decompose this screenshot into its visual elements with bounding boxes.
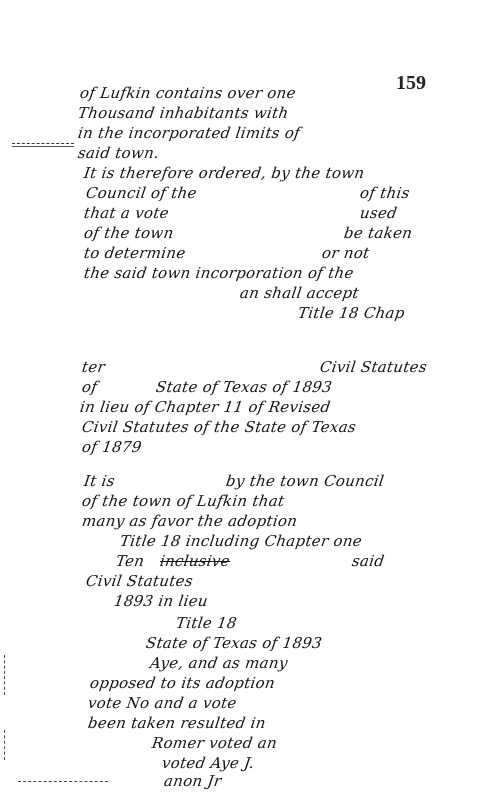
handwritten-line: used [359, 206, 398, 221]
handwritten-line: of the town of Lufkin that [81, 494, 285, 509]
handwritten-line: the said town incorporation of the [83, 266, 355, 281]
handwritten-line: Romer voted an [151, 736, 278, 751]
margin-mark [4, 655, 6, 695]
handwritten-line: in lieu of Chapter 11 of Revised [79, 400, 332, 415]
handwritten-line: by the town Council [225, 474, 385, 489]
handwritten-line: opposed to its adoption [89, 676, 276, 691]
handwritten-line: Council of the [85, 186, 198, 201]
handwritten-line: Ten [115, 554, 145, 569]
handwritten-line: vote No and a vote [87, 696, 238, 711]
handwritten-line: Civil Statutes of the State of Texas [81, 420, 357, 435]
handwritten-line: many as favor the adoption [81, 514, 298, 529]
handwritten-line: anon Jr [163, 774, 222, 789]
handwritten-line: Title 18 including Chapter one [119, 534, 363, 549]
handwritten-line: Civil Statutes [319, 360, 428, 375]
handwritten-line: or not [321, 246, 371, 261]
handwritten-line: in the incorporated limits of [77, 126, 301, 141]
top-rule-divider [12, 143, 74, 147]
handwritten-line: of 1879 [81, 440, 143, 455]
handwritten-line: said [351, 554, 385, 569]
handwritten-line: It is therefore ordered, by the town [83, 166, 366, 181]
handwritten-line: It is [83, 474, 116, 489]
handwritten-line: of the town [83, 226, 175, 241]
handwritten-line: said town. [77, 146, 160, 161]
handwritten-line: Title 18 [175, 616, 238, 631]
handwritten-line: of Lufkin contains over one [79, 86, 297, 101]
handwritten-line: voted Aye J. [161, 756, 255, 771]
handwritten-line: be taken [343, 226, 413, 241]
handwritten-line: ter [81, 360, 106, 375]
handwritten-line: inclusive [159, 554, 231, 569]
handwritten-line: 1893 in lieu [113, 594, 209, 609]
handwritten-line: to determine [83, 246, 187, 261]
handwritten-line: State of Texas of 1893 [155, 380, 333, 395]
handwritten-line: Title 18 Chap [297, 306, 406, 321]
handwritten-line: Thousand inhabitants with [77, 106, 290, 121]
handwritten-line: Aye, and as many [149, 656, 289, 671]
document-page: 159 of Lufkin contains over oneThousand … [0, 0, 486, 800]
page-number: 159 [396, 72, 426, 95]
handwritten-line: been taken resulted in [87, 716, 267, 731]
handwritten-line: State of Texas of 1893 [145, 636, 323, 651]
bottom-rule-divider [18, 781, 108, 783]
handwritten-line: Civil Statutes [85, 574, 194, 589]
margin-mark [4, 730, 6, 760]
handwritten-line: that a vote [83, 206, 170, 221]
handwritten-line: of [81, 380, 98, 395]
handwritten-line: of this [359, 186, 411, 201]
handwritten-line: an shall accept [239, 286, 360, 301]
